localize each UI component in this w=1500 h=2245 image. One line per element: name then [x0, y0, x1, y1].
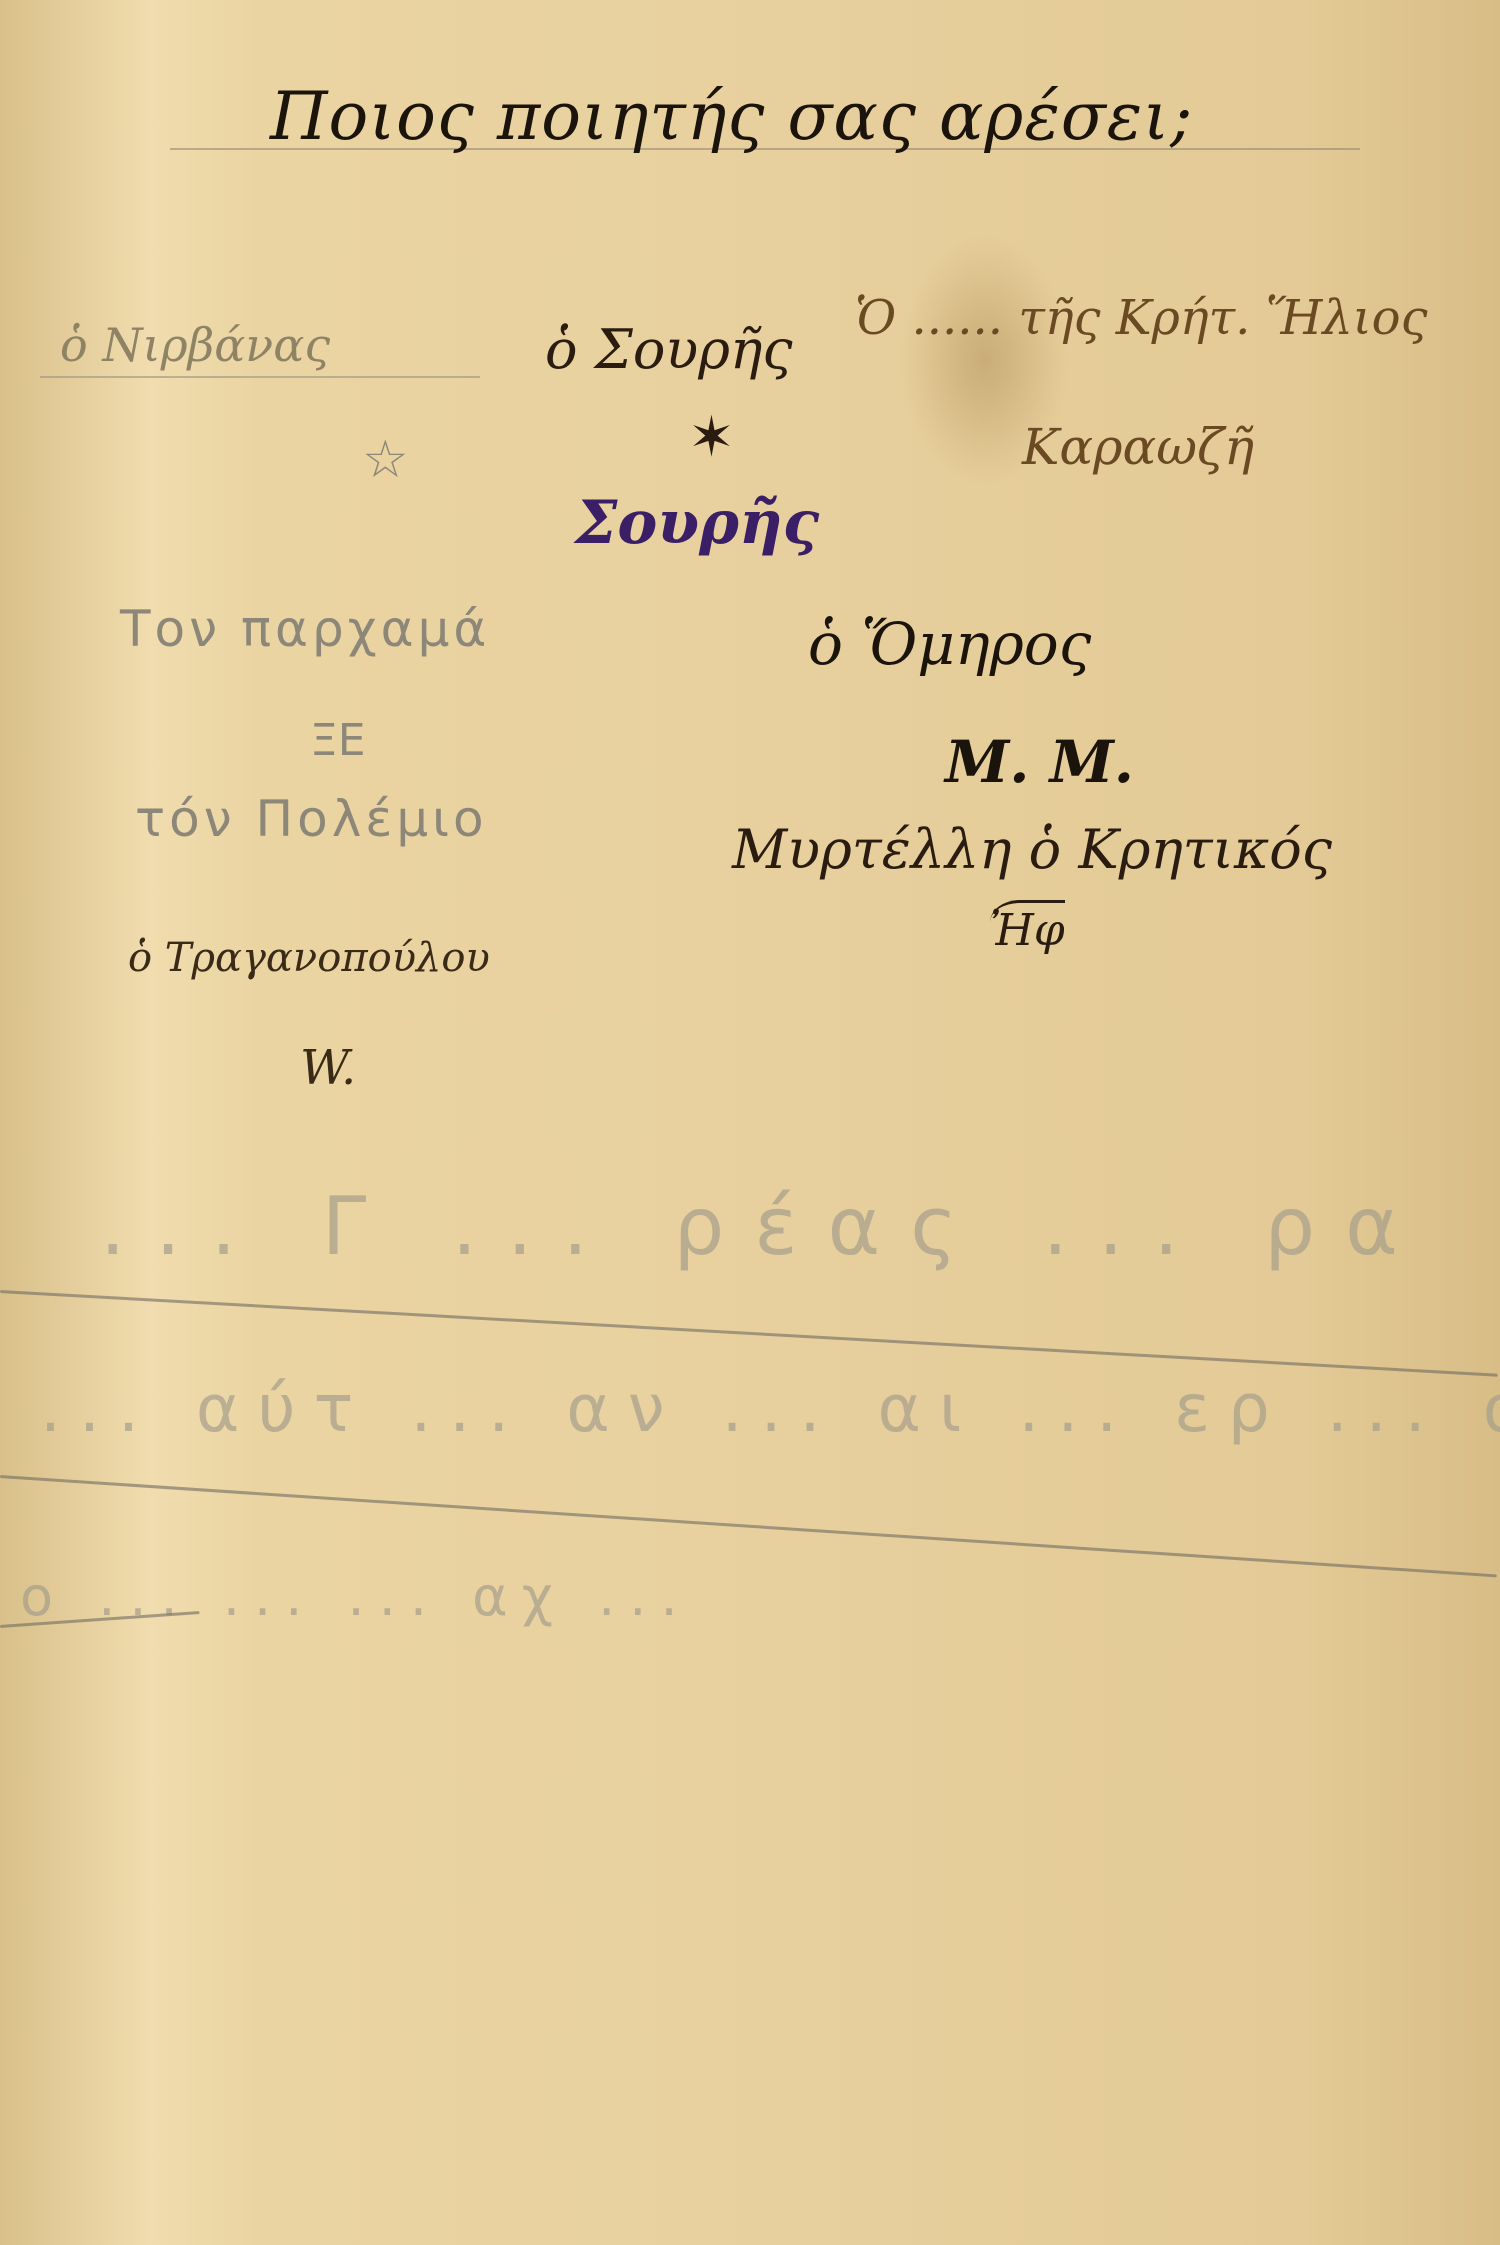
page-heading: Ποιος ποιητής σας αρέσει; — [270, 78, 1193, 155]
entry-mirsili-flourish: Ἠφ — [990, 900, 1065, 956]
entry-initials: Μ. Μ. — [945, 728, 1134, 796]
album-page: Ποιος ποιητής σας αρέσει; ὁ Νιρβάνας ὁ Σ… — [0, 0, 1500, 2245]
faint-pencil-text-1: ... Γ ... ρέας ... ρα — [100, 1180, 1428, 1273]
pencil-line-2: ΞΕ — [310, 715, 366, 766]
entry-niriotis: ὁ Νιρβάνας — [60, 318, 330, 372]
faint-pencil-text-2: ... αύτ ... αν ... αι ... ερ ... αιιαιοτ — [40, 1370, 1500, 1447]
entry-omiros: ὁ Ὅμηρος — [808, 610, 1091, 678]
entry-souris-black: ὁ Σουρῆς — [545, 318, 793, 381]
pencil-line-1: Τον παρχαμά — [120, 600, 490, 658]
pencil-line-3: τόν Πολέμιο — [135, 790, 488, 848]
entry-mirsili: Μυρτέλλη ὁ Κρητικός — [732, 818, 1332, 881]
entry-kritikos-note-line2: Καραωζῆ — [1022, 418, 1254, 476]
star-icon: ✶ — [688, 405, 735, 470]
entry-souris-purple: Σουρῆς — [575, 488, 819, 558]
pencil-stroke-1 — [0, 1290, 1498, 1377]
pencil-star-icon: ☆ — [362, 430, 409, 490]
entry-trantafyllopoulos: ὁ Τραγανοπούλου — [128, 935, 490, 981]
pencil-stroke-2 — [0, 1475, 1497, 1577]
entry-niriotis-underline — [40, 376, 480, 378]
entry-signature-w: W. — [300, 1040, 356, 1096]
entry-kritikos-note-line1: Ὁ ...... τῆς Κρήτ. Ἥλιος — [855, 290, 1427, 346]
